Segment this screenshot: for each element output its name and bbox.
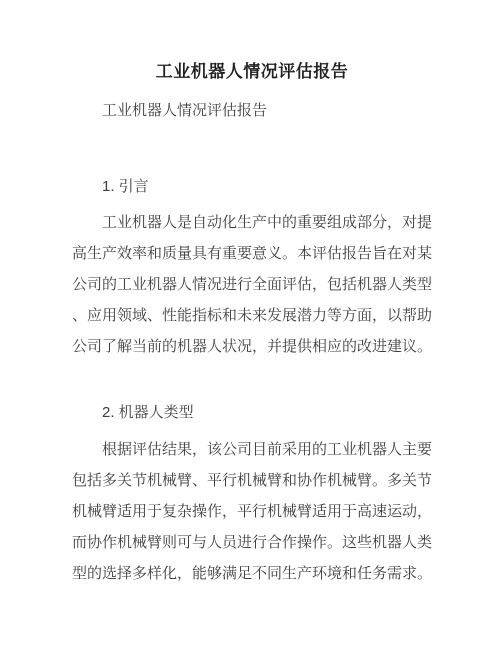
paragraph-line: 公司了解当前的机器人状况，并提供相应的改进建议。 [72, 331, 432, 362]
paragraph-line: 工业机器人是自动化生产中的重要组成部分，对提 [72, 207, 432, 238]
section-robot-types: 2. 机器人类型 根据评估结果，该公司目前采用的工业机器人主要 包括多关节机械臂… [72, 397, 432, 589]
section-1-heading: 1. 引言 [72, 171, 432, 202]
section-1-paragraph: 工业机器人是自动化生产中的重要组成部分，对提 高生产效率和质量具有重要意义。本评… [72, 207, 432, 362]
section-2-heading: 2. 机器人类型 [72, 397, 432, 428]
paragraph-line: 、应用领域、性能指标和未来发展潜力等方面，以帮助 [72, 300, 432, 331]
section-introduction: 1. 引言 工业机器人是自动化生产中的重要组成部分，对提 高生产效率和质量具有重… [72, 171, 432, 362]
document-title: 工业机器人情况评估报告 [72, 58, 432, 86]
paragraph-line: 根据评估结果，该公司目前采用的工业机器人主要 [72, 434, 432, 465]
document-page: 工业机器人情况评估报告 工业机器人情况评估报告 1. 引言 工业机器人是自动化生… [0, 0, 500, 647]
paragraph-line: 而协作机械臂则可与人员进行合作操作。这些机器人类 [72, 527, 432, 558]
section-2-paragraph: 根据评估结果，该公司目前采用的工业机器人主要 包括多关节机械臂、平行机械臂和协作… [72, 434, 432, 589]
document-subtitle: 工业机器人情况评估报告 [72, 95, 432, 126]
paragraph-line: 型的选择多样化，能够满足不同生产环境和任务需求。 [72, 558, 432, 589]
paragraph-line: 包括多关节机械臂、平行机械臂和协作机械臂。多关节 [72, 465, 432, 496]
paragraph-line: 公司的工业机器人情况进行全面评估，包括机器人类型 [72, 269, 432, 300]
paragraph-line: 机械臂适用于复杂操作，平行机械臂适用于高速运动， [72, 496, 432, 527]
paragraph-line: 高生产效率和质量具有重要意义。本评估报告旨在对某 [72, 238, 432, 269]
